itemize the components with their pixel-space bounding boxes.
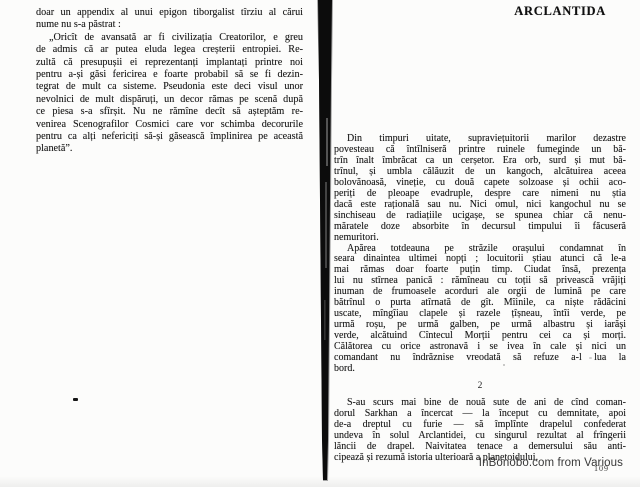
text-line: comandant nu îndrăznise vreodată să refu… [334,353,626,364]
text-line: „Oricît de avansată ar fi civilizația Cr… [36,32,303,44]
text-line: planetă”. [36,143,303,155]
ink-speck [589,357,592,359]
text-line: măratele doze absorbite în decursul timp… [334,222,626,233]
right-page-section-2: S-au scurs mai bine de nouă sute de ani … [334,398,626,464]
ink-speck [503,364,505,366]
text-line: zultă că presupușii ei reprezentanți imp… [36,57,303,69]
text-line: nume nu s-a păstrat : [36,19,303,31]
text-line: ce piesa s-a sfîrșit. Nu ne rămîne decît… [36,106,303,118]
text-line: doar un appendix al unui epigon tiborgal… [36,7,303,19]
paragraph: S-au scurs mai bine de nouă sute de ani … [334,398,626,464]
right-page-section-1: Din timpuri uitate, supraviețuitorii mar… [334,134,626,375]
left-page-text-block: doar un appendix al unui epigon tiborgal… [36,7,303,156]
text-line: venirea Scenografilor Cosmici care vor s… [36,119,303,131]
paragraph: Apărea totdeauna pe străzile orașului co… [334,244,626,375]
watermark: InBonobo.com from Various [479,457,623,469]
text-line: de admis că ar putea eluda legea creșter… [36,44,303,56]
right-page-text-block: Din timpuri uitate, supraviețuitorii mar… [334,134,626,464]
paragraph: doar un appendix al unui epigon tiborgal… [36,7,303,32]
paragraph: „Oricît de avansată ar fi civilizația Cr… [36,32,303,156]
book-gutter-shadow [312,0,336,487]
paragraph: Din timpuri uitate, supraviețuitorii mar… [334,134,626,244]
page-bottom-edge-shadow [0,476,640,487]
text-line: nemuritori. [334,233,626,244]
text-line: tegrat de mult ca sisteme. Pseudonia est… [36,81,303,93]
text-line: pentru a-și găsi fericirea e foarte prob… [36,69,303,81]
ink-speck [73,398,78,401]
gutter-shadow-shape [312,0,336,487]
running-header: ARCLANTIDA [334,4,606,19]
text-line: bord. [334,364,626,375]
section-number: 2 [334,375,626,398]
text-line: nevolnici de mult dispăruți, un decor ră… [36,94,303,106]
text-line: pentru ca alți nefericiți să-și găsească… [36,131,303,143]
text-line: sinchiseau de radiațiile ucigașe, se spu… [334,211,626,222]
